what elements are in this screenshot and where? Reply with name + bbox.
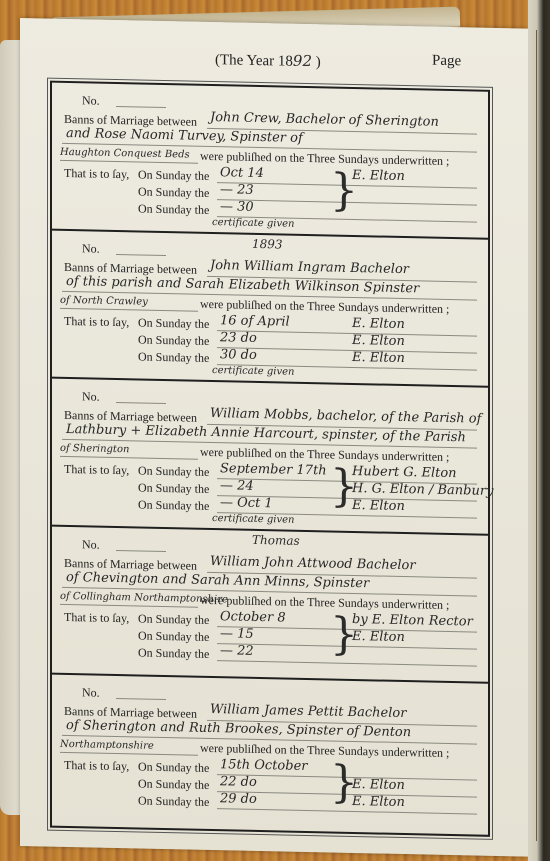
sunday-date-3: 30 do [220, 347, 257, 363]
banns-entry: Thomas No. Banns of Marriage between Wil… [52, 527, 488, 684]
spine-line [536, 30, 537, 841]
year-handwritten: 92 [293, 52, 312, 70]
year-printed: (The Year 18 [215, 52, 293, 70]
certificate-note: certificate given [212, 513, 294, 526]
sunday-date-1: 15th October [220, 757, 308, 774]
entry-line-3: Haughton Conquest Beds [60, 147, 190, 161]
certificate-note: certificate given [212, 365, 294, 378]
page-label: Page [432, 53, 461, 71]
entry-line-3: of North Crawley [60, 295, 148, 308]
sunday-date-3: — Oct 1 [220, 495, 273, 511]
sunday-date-3: — 22 [220, 643, 254, 659]
sunday-date-1: Oct 14 [220, 165, 264, 181]
banns-entry: No. Banns of Marriage between William Ja… [52, 675, 488, 832]
officiant-3: E. Elton [352, 350, 405, 366]
page-header: (The Year 1892 ) Page [20, 46, 528, 79]
sunday-date-1: October 8 [220, 609, 286, 625]
officiant-1: E. Elton [352, 168, 405, 184]
banns-entry: No. Banns of Marriage between William Mo… [52, 379, 488, 536]
sunday-date-2: — 24 [220, 478, 254, 494]
certificate-note: certificate given [212, 217, 294, 230]
sunday-date-3: — 30 [220, 199, 254, 215]
officiant-1: Hubert G. Elton [352, 464, 457, 481]
banns-entry: No. Banns of Marriage between John Crew,… [52, 83, 488, 240]
facing-page-edge [0, 40, 22, 815]
entry-line-3: of Sherington [60, 443, 129, 455]
sunday-date-2: — 15 [220, 626, 254, 642]
sunday-date-2: — 23 [220, 182, 254, 198]
sunday-date-2: 22 do [220, 774, 257, 790]
sunday-date-1: 16 of April [220, 313, 290, 329]
sunday-date-2: 23 do [220, 330, 257, 346]
banns-entry: 1893 No. Banns of Marriage between John … [52, 231, 488, 388]
sunday-date-3: 29 do [220, 791, 257, 807]
banns-register-table: No. Banns of Marriage between John Crew,… [50, 81, 490, 837]
officiant-2: H. G. Elton / Banbury [352, 481, 493, 499]
officiant-1: E. Elton [352, 316, 405, 332]
entry-line-3: Northamptonshire [60, 739, 154, 752]
register-page: (The Year 1892 ) Page No. Banns of Marri… [20, 18, 528, 857]
year-close: ) [316, 54, 321, 70]
officiant-2: E. Elton [352, 777, 405, 793]
year-label: (The Year 1892 ) [215, 50, 321, 71]
officiant-1: by E. Elton Rector [352, 612, 473, 630]
sunday-date-1: September 17th [220, 461, 327, 478]
officiant-2: E. Elton [352, 333, 405, 349]
officiant-3: E. Elton [352, 498, 405, 514]
book-spine [528, 0, 550, 861]
officiant-2: E. Elton [352, 629, 405, 645]
officiant-3: E. Elton [352, 794, 405, 810]
